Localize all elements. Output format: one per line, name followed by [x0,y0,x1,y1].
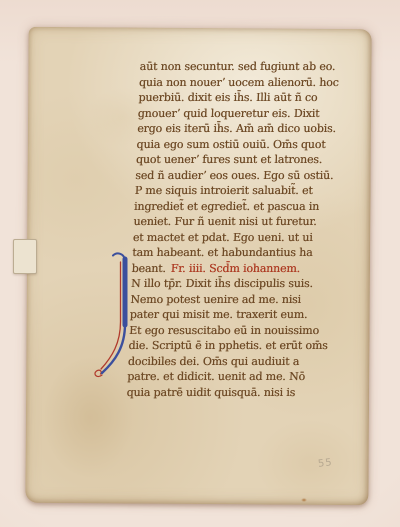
line-text: tam habeant. et habundantius ha [132,246,313,259]
text-line: puerbiū. dixit eis ih̄s. Illi aūt ñ co [138,90,354,106]
text-line: docibiles dei. Om̄s qui audiuit a [128,354,344,370]
text-line: et mactet et pdat. Ego ueni. ut ui [133,230,349,246]
text-line: aūt non secuntur. sed fugiunt ab eo. [139,59,355,75]
line-text: ergo eis iterū ih̄s. Am̄ am̄ dico uobis. [137,122,336,135]
text-line: N illo tp̄r. Dixit ih̄s discipulis suis. [131,276,347,292]
text-line: P me siquis introierit saluabit̃. et [134,183,350,199]
line-text: puerbiū. dixit eis ih̄s. Illi aūt ñ co [138,91,317,104]
line-text: quot uenerʼ fures sunt et latrones. [136,153,323,166]
text-line: pater qui misit me. traxerit eum. [129,307,345,323]
line-text: docibiles dei. Om̄s qui audiuit a [128,355,300,368]
line-text: Et ego resuscitabo eū in nouissimo [129,324,319,337]
initial-tail [102,324,125,373]
text-line: Nemo potest uenire ad me. nisi [130,292,346,308]
text-line: gnouerʼ quid loqueretur eis. Dixit [138,106,354,122]
drop-cap-initial-I [93,249,133,381]
text-block: aūt non secuntur. sed fugiunt ab eo.quia… [126,59,355,400]
line-text: sed ñ audierʼ eos oues. Ego sū ostiū. [135,169,334,182]
folio-number-pencil: 55 [317,457,333,470]
text-line: die. Scriptū ē in pphetis. et erūt om̄s [128,338,344,354]
line-text: quia ego sum ostiū ouiū. Om̄s quot [136,138,325,151]
text-line: tam habeant. et habundantius ha [132,245,348,261]
text-line: ueniet. Fur ñ uenit nisi ut furetur. [133,214,349,230]
text-line: quia patrē uidit quisquā. nisi is [126,385,342,401]
text-line: quia ego sum ostiū ouiū. Om̄s quot [136,137,352,153]
line-text: pater qui misit me. traxerit eum. [129,308,307,321]
hinge-tab [13,239,37,274]
stain-fleck [301,498,307,502]
line-text: quia non nouerʼ uocem alienorū. hoc [139,76,339,89]
text-line: beant.Fr. iiii. Scd̄m iohannem. [131,261,347,277]
line-text: Nemo potest uenire ad me. nisi [130,293,301,306]
line-text: ueniet. Fur ñ uenit nisi ut furetur. [133,215,317,228]
text-line: patre. et didicit. uenit ad me. Nō [127,369,343,385]
line-text: et mactet et pdat. Ego ueni. ut ui [133,231,313,244]
line-text: gnouerʼ quid loqueretur eis. Dixit [138,107,320,120]
line-text: N illo tp̄r. Dixit ih̄s discipulis suis. [131,277,313,290]
text-line: quot uenerʼ fures sunt et latrones. [136,152,352,168]
text-line: quia non nouerʼ uocem alienorū. hoc [139,75,355,91]
line-text: patre. et didicit. uenit ad me. Nō [127,370,305,383]
photo-background: { "colors": { "background": "#f1e3d9", "… [0,0,400,527]
text-line: ergo eis iterū ih̄s. Am̄ am̄ dico uobis. [137,121,353,137]
line-text: beant. [131,262,166,275]
line-text: die. Scriptū ē in pphetis. et erūt om̄s [128,339,328,352]
text-line: sed ñ audierʼ eos oues. Ego sū ostiū. [135,168,351,184]
line-text: P me siquis introierit saluabit̃. et [134,184,312,197]
text-line: ingrediet̃ et egrediet̃. et pascua in [134,199,350,215]
text-line: Et ego resuscitabo eū in nouissimo [129,323,345,339]
line-text: quia patrē uidit quisquā. nisi is [126,386,295,399]
line-text: aūt non secuntur. sed fugiunt ab eo. [139,60,335,73]
line-text: ingrediet̃ et egrediet̃. et pascua in [134,200,319,213]
parchment-stain [255,418,366,509]
rubric-heading: Fr. iiii. Scd̄m iohannem. [171,262,301,275]
